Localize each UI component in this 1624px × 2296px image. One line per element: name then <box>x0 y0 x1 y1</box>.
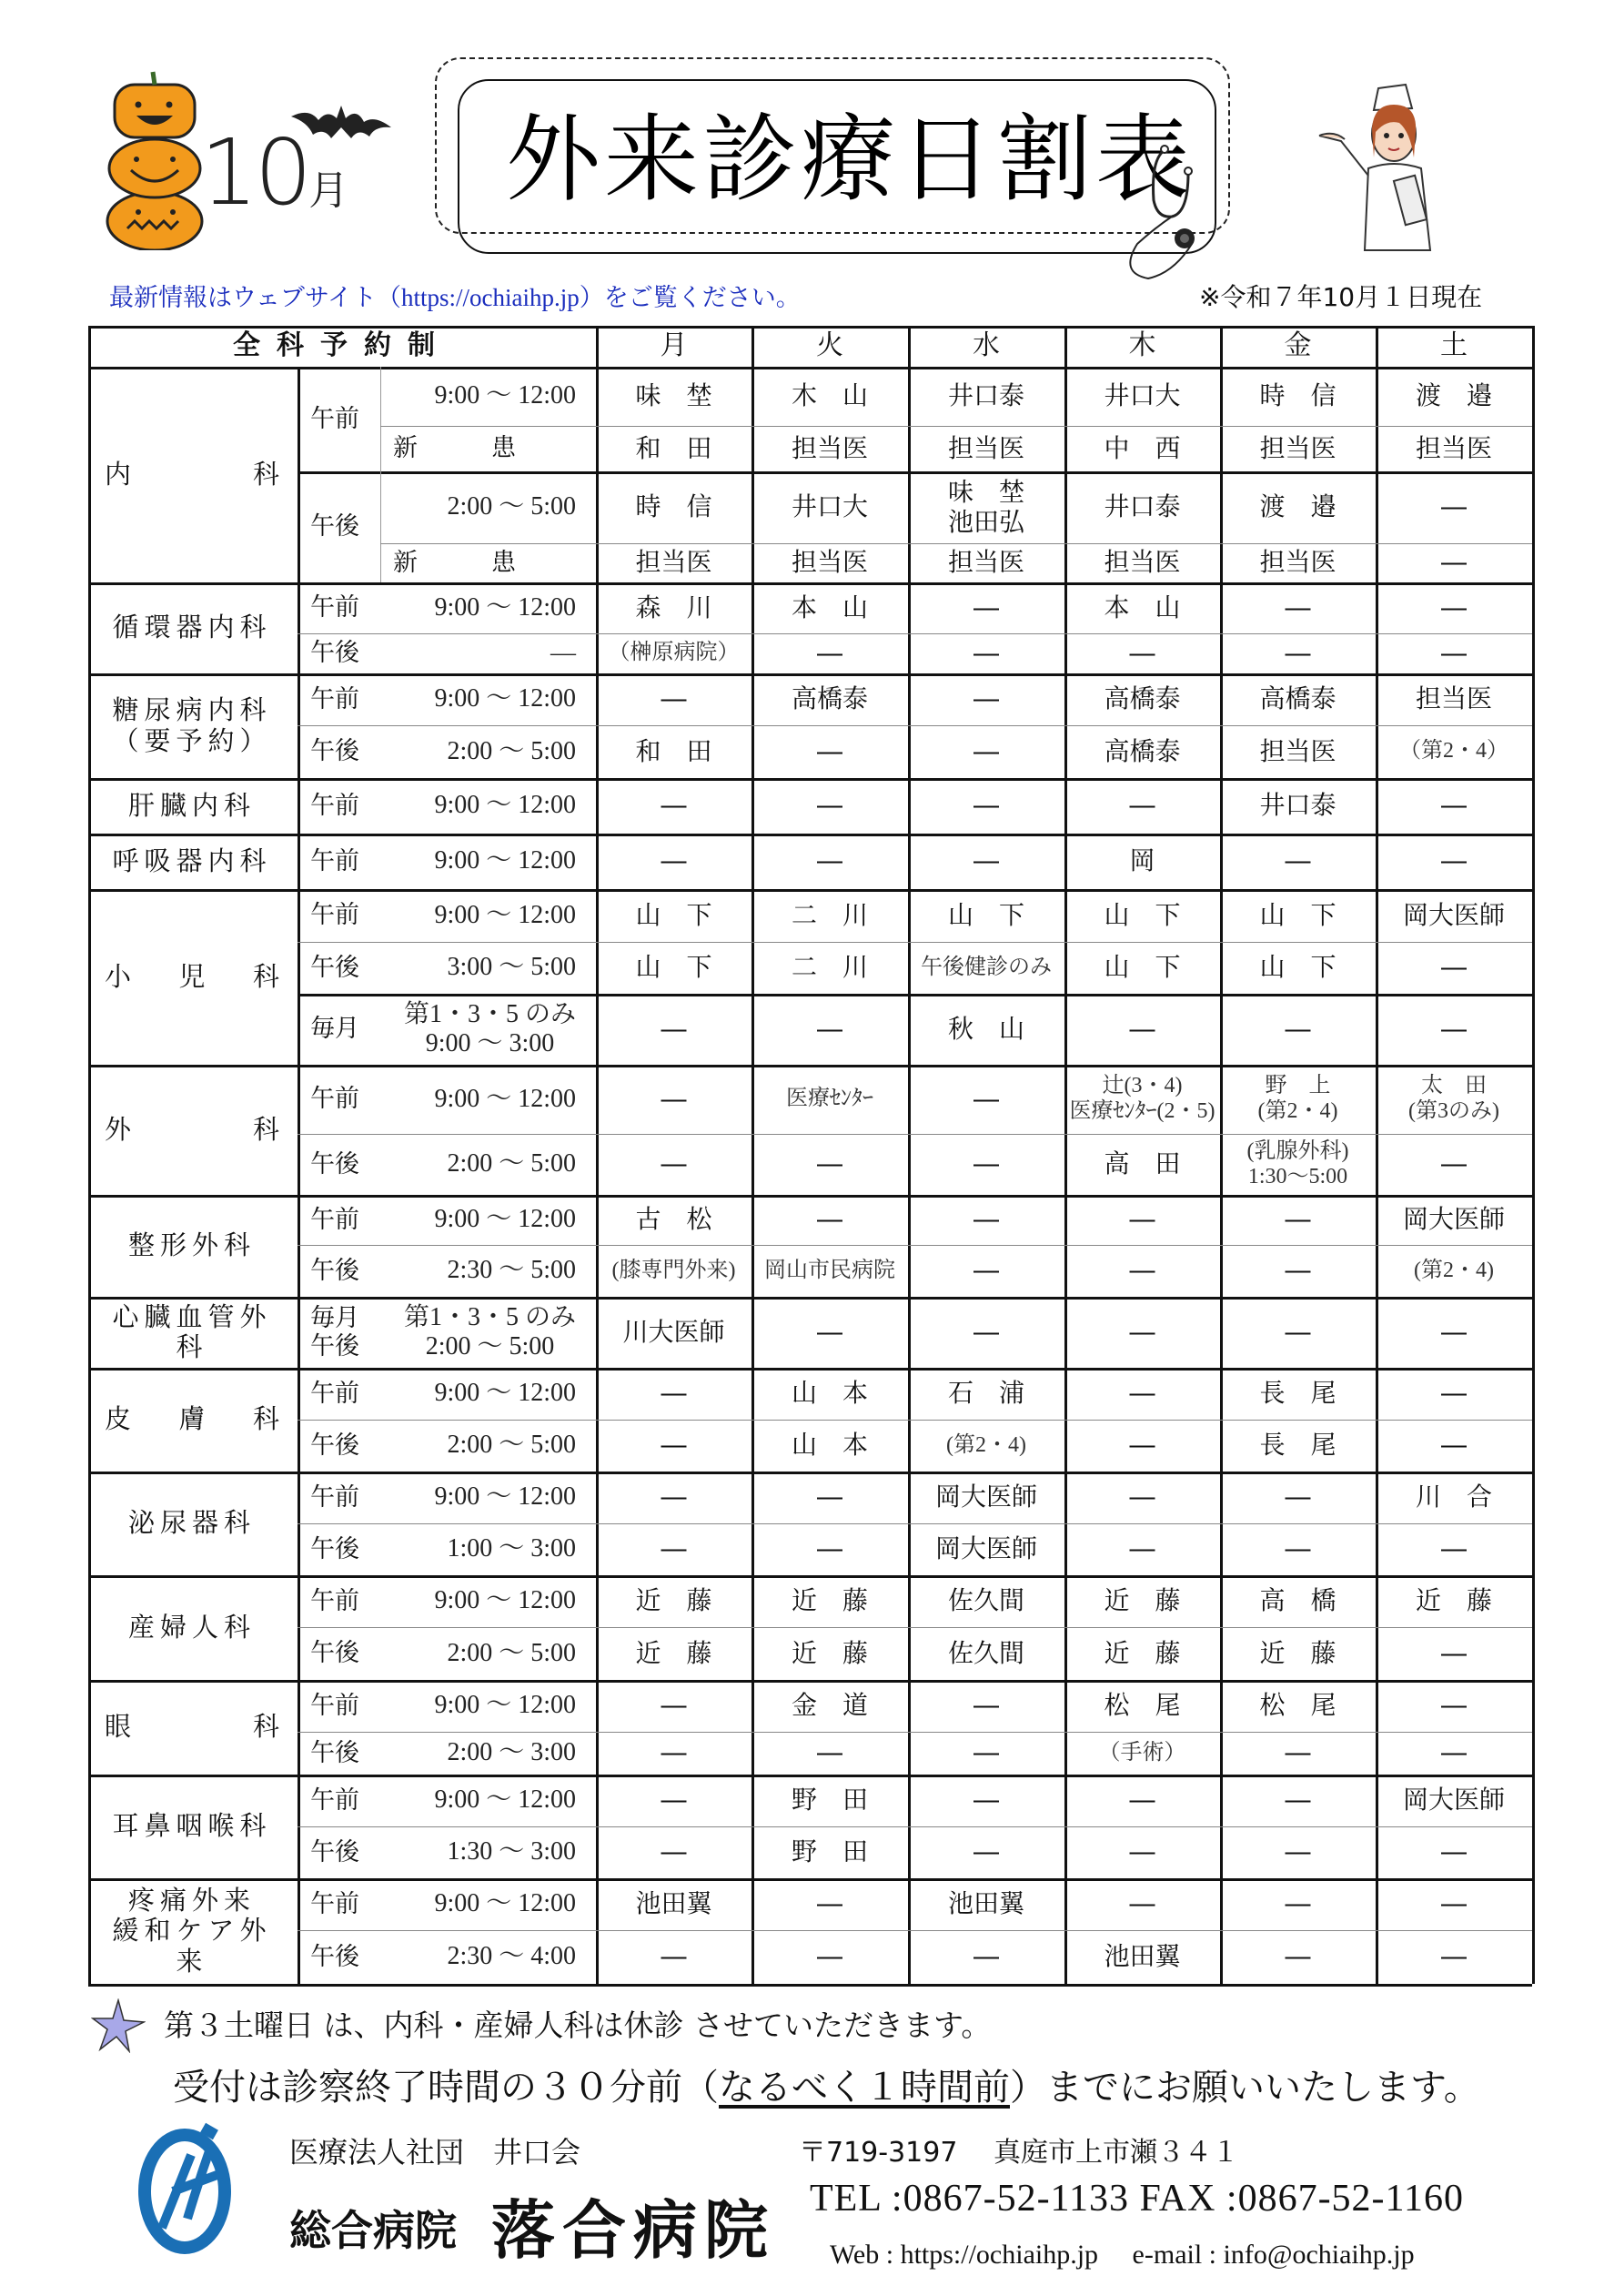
doctor-cell: ― <box>1376 778 1532 834</box>
doctor-cell: 担当医 <box>1220 725 1376 778</box>
department-name: 外科 <box>88 1065 298 1195</box>
doctor-cell: 近 藤 <box>596 1575 751 1627</box>
hospital-name: 落合病院 <box>491 2180 775 2271</box>
doctor-cell: 二 川 <box>751 889 908 942</box>
doctor-cell: (膝専門外来) <box>596 1245 751 1297</box>
period-label: 毎月 <box>298 994 379 1065</box>
doctor-cell: (乳腺外科) 1:30～5:00 <box>1220 1134 1376 1195</box>
doctor-cell: 井口泰 <box>908 367 1064 426</box>
period-label: 午後 <box>298 471 380 582</box>
doctor-cell: ― <box>1376 633 1532 673</box>
doctor-cell: 山 下 <box>1064 889 1220 942</box>
department-name-char: 外 <box>105 1115 131 1145</box>
doctor-cell: 近 藤 <box>1064 1627 1220 1680</box>
time-slot: 2:30 ～ 5:00 <box>379 1245 596 1297</box>
doctor-cell: 辻(3・4) 医療ｾﾝﾀｰ(2・5) <box>1064 1065 1220 1134</box>
period-label: 午前 <box>298 1878 379 1930</box>
doctor-cell: ― <box>1220 1930 1376 1984</box>
department-name: 疼痛外来 緩和ケア外来 <box>88 1878 298 1984</box>
doctor-cell: 午後健診のみ <box>908 942 1064 994</box>
time-slot: 9:00 ～ 12:00 <box>379 1575 596 1627</box>
doctor-cell: ― <box>1376 1368 1532 1420</box>
period-label: 午後 <box>298 725 379 778</box>
reception-text-before: 受付は診察終了時間の３０分前（ <box>173 2067 719 2109</box>
doctor-cell: ― <box>751 1732 908 1775</box>
doctor-cell: 担当医 <box>1220 543 1376 582</box>
doctor-cell: ― <box>1220 994 1376 1065</box>
schedule-table: 全科予約制月火水木金土内科午前午後9:00 ～ 12:00味 埜木 山井口泰井口… <box>88 326 1532 1984</box>
time-slot: 2:00 ～ 5:00 <box>379 1627 596 1680</box>
period-label: 午前 <box>298 1775 379 1826</box>
time-slot: 9:00 ～ 12:00 <box>379 889 596 942</box>
doctor-cell: 岡大医師 <box>1376 1775 1532 1826</box>
doctor-cell: 池田翼 <box>1064 1930 1220 1984</box>
time-slot: 3:00 ～ 5:00 <box>379 942 596 994</box>
doctor-cell: ― <box>908 633 1064 673</box>
department-name: 眼科 <box>88 1680 298 1775</box>
time-slot: 1:00 ～ 3:00 <box>379 1523 596 1575</box>
doctor-cell: (第2・4) <box>1376 1245 1532 1297</box>
doctor-cell: ― <box>1376 834 1532 889</box>
department-name: 整形外科 <box>88 1195 298 1297</box>
doctor-cell: ― <box>751 1195 908 1245</box>
day-header-5: 土 <box>1376 326 1532 367</box>
doctor-cell: ― <box>596 778 751 834</box>
doctor-cell: 近 藤 <box>1376 1575 1532 1627</box>
time-slot: 9:00 ～ 12:00 <box>379 1065 596 1134</box>
doctor-cell: 井口大 <box>751 471 908 543</box>
doctor-cell: 森 川 <box>596 582 751 633</box>
day-header-3: 木 <box>1064 326 1220 367</box>
period-label: 午後 <box>298 1134 379 1195</box>
doctor-cell: 担当医 <box>751 426 908 471</box>
doctor-cell: （第2・4） <box>1376 725 1532 778</box>
star-icon <box>91 1998 146 2053</box>
reception-text-underlined: なるべく１時間前 <box>719 2067 1010 2109</box>
page-title: 外来診療日割表 <box>506 107 1194 211</box>
web-email[interactable]: Web : https://ochiaihp.jp e-mail : info@… <box>830 2231 1415 2271</box>
doctor-cell: ― <box>1064 633 1220 673</box>
doctor-cell: ― <box>1376 994 1532 1065</box>
tel-fax: TEL :0867-52-1133 FAX :0867-52-1160 <box>810 2177 1464 2220</box>
doctor-cell: ― <box>751 1134 908 1195</box>
doctor-cell: ― <box>751 1878 908 1930</box>
doctor-cell: ― <box>908 725 1064 778</box>
doctor-cell: 佐久間 <box>908 1627 1064 1680</box>
doctor-cell: ― <box>1220 1775 1376 1826</box>
doctor-cell: 古 松 <box>596 1195 751 1245</box>
doctor-cell: ― <box>596 834 751 889</box>
doctor-cell: ― <box>1220 1826 1376 1878</box>
doctor-cell: ― <box>751 1297 908 1368</box>
doctor-cell: ― <box>1064 778 1220 834</box>
doctor-cell: 高 田 <box>1064 1134 1220 1195</box>
doctor-cell: 山 下 <box>908 889 1064 942</box>
doctor-cell: ― <box>596 1732 751 1775</box>
doctor-cell: 山 下 <box>1220 889 1376 942</box>
doctor-cell: ― <box>1376 1627 1532 1680</box>
time-slot: ― <box>379 633 596 673</box>
doctor-cell: ― <box>1376 1420 1532 1472</box>
department-name: 皮膚科 <box>88 1368 298 1472</box>
pumpkin-stack-illustration <box>100 68 209 250</box>
doctor-cell: 川 合 <box>1376 1472 1532 1523</box>
doctor-cell: ― <box>1064 1775 1220 1826</box>
doctor-cell: 石 浦 <box>908 1368 1064 1420</box>
doctor-cell: 本 山 <box>1064 582 1220 633</box>
doctor-cell: ― <box>908 1134 1064 1195</box>
doctor-cell: 山 下 <box>1064 942 1220 994</box>
doctor-cell: ― <box>751 725 908 778</box>
doctor-cell: ― <box>1064 1472 1220 1523</box>
doctor-cell: 担当医 <box>1064 543 1220 582</box>
doctor-cell: 岡大医師 <box>1376 889 1532 942</box>
as-of-date: ※令和７年10月１日現在 <box>1199 278 1482 314</box>
doctor-cell: 木 山 <box>751 367 908 426</box>
doctor-cell: ― <box>908 1775 1064 1826</box>
doctor-cell: ― <box>1376 1732 1532 1775</box>
period-label: 午前 <box>298 367 380 471</box>
time-slot: 第1・3・5 のみ 9:00 ～ 3:00 <box>379 994 596 1065</box>
period-label: 午前 <box>298 1680 379 1732</box>
doctor-cell: 長 尾 <box>1220 1420 1376 1472</box>
time-slot: 9:00 ～ 12:00 <box>379 1368 596 1420</box>
doctor-cell: ― <box>908 673 1064 725</box>
doctor-cell: 味 埜 池田弘 <box>908 471 1064 543</box>
doctor-cell: 野 田 <box>751 1775 908 1826</box>
department-name-char: 科 <box>253 1404 279 1434</box>
month-unit: 月 <box>308 167 348 214</box>
department-name-char: 科 <box>253 1712 279 1742</box>
period-label: 午前 <box>298 1368 379 1420</box>
doctor-cell: 近 藤 <box>1220 1627 1376 1680</box>
doctor-cell: ― <box>1220 834 1376 889</box>
doctor-cell: ― <box>1376 942 1532 994</box>
doctor-cell: 金 道 <box>751 1680 908 1732</box>
doctor-cell: ― <box>1064 1195 1220 1245</box>
department-name-char: 内 <box>105 460 131 490</box>
doctor-cell: ― <box>751 1930 908 1984</box>
department-name: 泌尿器科 <box>88 1472 298 1575</box>
postal-address: 〒719-3197 真庭市上市瀬３４１ <box>799 2129 1239 2170</box>
doctor-cell: 時 信 <box>1220 367 1376 426</box>
doctor-cell: ― <box>596 1065 751 1134</box>
doctor-cell: ― <box>1220 1245 1376 1297</box>
day-header-2: 水 <box>908 326 1064 367</box>
doctor-cell: ― <box>1064 1297 1220 1368</box>
nurse-illustration <box>1292 68 1474 255</box>
period-label: 午後 <box>298 1627 379 1680</box>
doctor-cell: ― <box>1220 633 1376 673</box>
doctor-cell: 岡大医師 <box>908 1523 1064 1575</box>
doctor-cell: 川大医師 <box>596 1297 751 1368</box>
period-label: 午前 <box>298 1472 379 1523</box>
doctor-cell: ― <box>908 1930 1064 1984</box>
period-label: 午後 <box>298 1930 379 1984</box>
doctor-cell: 井口泰 <box>1064 471 1220 543</box>
period-label: 午後 <box>298 1826 379 1878</box>
doctor-cell: ― <box>596 673 751 725</box>
doctor-cell: ― <box>1376 1134 1532 1195</box>
time-slot: 9:00 ～ 12:00 <box>379 582 596 633</box>
doctor-cell: 担当医 <box>1376 426 1532 471</box>
department-name-char: 児 <box>178 962 205 992</box>
doctor-cell: ― <box>908 1065 1064 1134</box>
time-slot: 2:00 ～ 5:00 <box>379 1420 596 1472</box>
period-label: 毎月 午後 <box>298 1297 379 1368</box>
period-label: 午後 <box>298 1732 379 1775</box>
department-name: 小児科 <box>88 889 298 1065</box>
doctor-cell: ― <box>1064 994 1220 1065</box>
doctor-cell: ― <box>908 582 1064 633</box>
period-label: 午前 <box>298 673 379 725</box>
period-label: 午前 <box>298 889 379 942</box>
doctor-cell: ― <box>1064 1826 1220 1878</box>
doctor-cell: 松 尾 <box>1220 1680 1376 1732</box>
doctor-cell: ― <box>596 1523 751 1575</box>
time-slot: 2:00 ～ 3:00 <box>379 1732 596 1775</box>
department-name: 耳鼻咽喉科 <box>88 1775 298 1878</box>
doctor-cell: ― <box>751 778 908 834</box>
doctor-cell: 高橋泰 <box>1064 725 1220 778</box>
doctor-cell: 高橋泰 <box>1064 673 1220 725</box>
doctor-cell: ― <box>908 1680 1064 1732</box>
doctor-cell: ― <box>1376 1523 1532 1575</box>
doctor-cell: ― <box>908 1245 1064 1297</box>
doctor-cell: 担当医 <box>596 543 751 582</box>
doctor-cell: 本 山 <box>751 582 908 633</box>
period-label: 午前 <box>298 582 379 633</box>
doctor-cell: ― <box>596 1826 751 1878</box>
doctor-cell: 太 田 (第3のみ) <box>1376 1065 1532 1134</box>
doctor-cell: 池田翼 <box>908 1878 1064 1930</box>
period-label: 午後 <box>298 942 379 994</box>
doctor-cell: ― <box>1220 1523 1376 1575</box>
period-label: 午後 <box>298 1523 379 1575</box>
doctor-cell: 松 尾 <box>1064 1680 1220 1732</box>
doctor-cell: 二 川 <box>751 942 908 994</box>
doctor-cell: ― <box>751 633 908 673</box>
doctor-cell: 佐久間 <box>908 1575 1064 1627</box>
doctor-cell: 高 橋 <box>1220 1575 1376 1627</box>
doctor-cell: ― <box>1064 1420 1220 1472</box>
doctor-cell: 渡 邉 <box>1376 367 1532 426</box>
doctor-cell: 渡 邉 <box>1220 471 1376 543</box>
doctor-cell: 担当医 <box>1376 673 1532 725</box>
doctor-cell: 時 信 <box>596 471 751 543</box>
doctor-cell: 担当医 <box>751 543 908 582</box>
time-slot: 9:00 ～ 12:00 <box>379 1775 596 1826</box>
doctor-cell: 高橋泰 <box>1220 673 1376 725</box>
department-name: 産婦人科 <box>88 1575 298 1680</box>
reception-notice: 受付は診察終了時間の３０分前（なるべく１時間前）までにお願いいたします。 <box>173 2058 1480 2110</box>
department-name-char: 科 <box>253 1115 279 1145</box>
doctor-cell: 井口大 <box>1064 367 1220 426</box>
period-label: 午後 <box>298 633 379 673</box>
doctor-cell: ― <box>751 994 908 1065</box>
department-name-char: 眼 <box>105 1712 131 1742</box>
doctor-cell: 野 田 <box>751 1826 908 1878</box>
doctor-cell: （榊原病院） <box>596 633 751 673</box>
doctor-cell: ― <box>751 834 908 889</box>
doctor-cell: 山 下 <box>596 889 751 942</box>
doctor-cell: 岡山市民病院 <box>751 1245 908 1297</box>
doctor-cell: 山 下 <box>1220 942 1376 994</box>
doctor-cell: 近 藤 <box>1064 1575 1220 1627</box>
doctor-cell: 医療ｾﾝﾀｰ <box>751 1065 908 1134</box>
doctor-cell: ― <box>1376 1930 1532 1984</box>
doctor-cell: 近 藤 <box>596 1627 751 1680</box>
hospital-logo <box>135 2119 235 2255</box>
department-name-char: 皮 <box>105 1404 131 1434</box>
website-notice: 最新情報はウェブサイト（https://ochiaihp.jp）をご覧ください。 <box>109 278 801 313</box>
saturday-closure-notice: 第３土曜日 は、内科・産婦人科は休診 させていただきます。 <box>164 2002 991 2045</box>
day-header-0: 月 <box>596 326 751 367</box>
department-name-char: 膚 <box>178 1404 205 1434</box>
time-slot: 2:00 ～ 5:00 <box>379 1134 596 1195</box>
doctor-cell: 近 藤 <box>751 1575 908 1627</box>
period-label: 午前 <box>298 778 379 834</box>
doctor-cell: ― <box>1064 1523 1220 1575</box>
doctor-cell: ― <box>1376 582 1532 633</box>
period-label: 午後 <box>298 1420 379 1472</box>
doctor-cell: ― <box>1220 1195 1376 1245</box>
department-name: 肝臓内科 <box>88 778 298 834</box>
doctor-cell: 担当医 <box>1220 426 1376 471</box>
doctor-cell: 和 田 <box>596 426 751 471</box>
doctor-cell: 岡 <box>1064 834 1220 889</box>
period-label: 午前 <box>298 1065 379 1134</box>
doctor-cell: ― <box>1376 471 1532 543</box>
doctor-cell: ― <box>908 834 1064 889</box>
day-header-4: 金 <box>1220 326 1376 367</box>
period-label: 午前 <box>298 834 379 889</box>
time-slot: 9:00 ～ 12:00 <box>379 673 596 725</box>
department-name: 心臓血管外科 <box>88 1297 298 1368</box>
day-header-1: 火 <box>751 326 908 367</box>
stethoscope-icon <box>1101 137 1210 282</box>
doctor-cell: 中 西 <box>1064 426 1220 471</box>
doctor-cell: (第2・4) <box>908 1420 1064 1472</box>
doctor-cell: ― <box>596 1472 751 1523</box>
department-name: 循環器内科 <box>88 582 298 673</box>
doctor-cell: ― <box>751 1472 908 1523</box>
organization-name: 医療法人社団 井口会 <box>289 2129 580 2171</box>
doctor-cell: ― <box>908 778 1064 834</box>
doctor-cell: 池田翼 <box>596 1878 751 1930</box>
doctor-cell: 担当医 <box>908 426 1064 471</box>
doctor-cell: ― <box>596 1930 751 1984</box>
doctor-cell: ― <box>1064 1368 1220 1420</box>
doctor-cell: ― <box>751 1523 908 1575</box>
period-label: 午前 <box>298 1195 379 1245</box>
doctor-cell: 秋 山 <box>908 994 1064 1065</box>
doctor-cell: 近 藤 <box>751 1627 908 1680</box>
doctor-cell: ― <box>596 1368 751 1420</box>
doctor-cell: ― <box>908 1732 1064 1775</box>
doctor-cell: 山 本 <box>751 1368 908 1420</box>
hospital-type: 総合病院 <box>289 2198 457 2258</box>
doctor-cell: ― <box>596 1134 751 1195</box>
department-name-char: 小 <box>105 962 131 992</box>
bat-icon <box>291 100 391 146</box>
doctor-cell: 長 尾 <box>1220 1368 1376 1420</box>
department-name: 呼吸器内科 <box>88 834 298 889</box>
department-name-char: 科 <box>253 460 279 490</box>
reception-text-after: ）までにお願いいたします。 <box>1010 2067 1480 2109</box>
doctor-cell: ― <box>1064 1878 1220 1930</box>
time-slot: 2:00 ～ 5:00 <box>380 471 596 543</box>
day-col-border <box>1532 326 1535 1984</box>
time-slot: 9:00 ～ 12:00 <box>380 367 596 426</box>
doctor-cell: ― <box>908 1195 1064 1245</box>
doctor-cell: 野 上 (第2・4) <box>1220 1065 1376 1134</box>
time-slot: 9:00 ～ 12:00 <box>379 1195 596 1245</box>
department-name: 糖尿病内科（要予約） <box>88 673 298 778</box>
department-name-char: 科 <box>253 962 279 992</box>
time-slot: 9:00 ～ 12:00 <box>379 1680 596 1732</box>
time-slot: 9:00 ～ 12:00 <box>379 834 596 889</box>
time-slot: 9:00 ～ 12:00 <box>379 1472 596 1523</box>
doctor-cell: ― <box>1376 1297 1532 1368</box>
doctor-cell: ― <box>1220 1732 1376 1775</box>
time-slot: 新 患 <box>380 543 596 582</box>
doctor-cell: ― <box>908 1297 1064 1368</box>
doctor-cell: ― <box>1064 1245 1220 1297</box>
corner-label: 全科予約制 <box>88 326 596 367</box>
doctor-cell: ― <box>596 994 751 1065</box>
doctor-cell: 山 本 <box>751 1420 908 1472</box>
doctor-cell: ― <box>1376 1680 1532 1732</box>
doctor-cell: 高橋泰 <box>751 673 908 725</box>
doctor-cell: 和 田 <box>596 725 751 778</box>
doctor-cell: ― <box>1220 1297 1376 1368</box>
doctor-cell: 井口泰 <box>1220 778 1376 834</box>
doctor-cell: ― <box>596 1680 751 1732</box>
time-slot: 9:00 ～ 12:00 <box>379 1878 596 1930</box>
doctor-cell: ― <box>1376 1878 1532 1930</box>
doctor-cell: 岡大医師 <box>908 1472 1064 1523</box>
doctor-cell: 担当医 <box>908 543 1064 582</box>
department-name: 内科 <box>88 367 298 582</box>
doctor-cell: ― <box>1220 1472 1376 1523</box>
doctor-cell: ― <box>1376 1826 1532 1878</box>
doctor-cell: 山 下 <box>596 942 751 994</box>
time-slot: 9:00 ～ 12:00 <box>379 778 596 834</box>
doctor-cell: ― <box>1376 543 1532 582</box>
period-label: 午前 <box>298 1575 379 1627</box>
time-slot: 第1・3・5 のみ 2:00 ～ 5:00 <box>379 1297 596 1368</box>
doctor-cell: ― <box>1220 1878 1376 1930</box>
time-slot: 1:30 ～ 3:00 <box>379 1826 596 1878</box>
doctor-cell: ― <box>596 1420 751 1472</box>
period-label: 午後 <box>298 1245 379 1297</box>
time-slot: 2:30 ～ 4:00 <box>379 1930 596 1984</box>
time-slot: 2:00 ～ 5:00 <box>379 725 596 778</box>
doctor-cell: ― <box>908 1826 1064 1878</box>
doctor-cell: 味 埜 <box>596 367 751 426</box>
doctor-cell: ― <box>1220 582 1376 633</box>
doctor-cell: （手術） <box>1064 1732 1220 1775</box>
doctor-cell: 岡大医師 <box>1376 1195 1532 1245</box>
table-bottom-border <box>88 1984 1532 1987</box>
time-slot: 新 患 <box>380 426 596 471</box>
doctor-cell: ― <box>596 1775 751 1826</box>
